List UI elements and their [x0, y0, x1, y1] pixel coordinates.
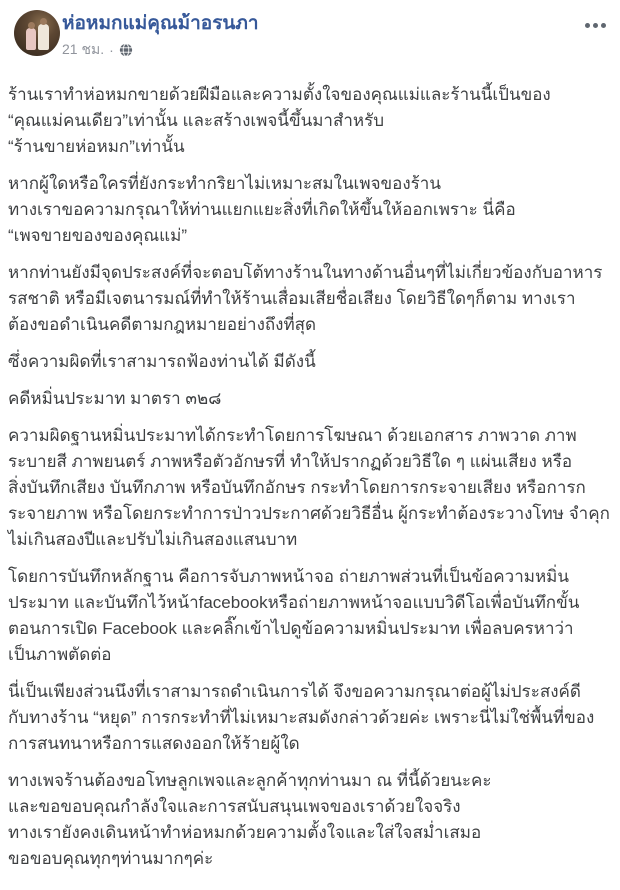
- post-paragraph: นี่เป็นเพียงส่วนนึงที่เราสามารถดำเนินการ…: [8, 679, 610, 757]
- post-text-line: หากท่านยังมีจุดประสงค์ที่จะตอบโต้ทางร้าน…: [8, 260, 610, 286]
- post-text-line: ขอขอบคุณทุกๆท่านมากๆค่ะ: [8, 846, 610, 872]
- post-text-line: สิ่งบันทึกเสียง บันทึกภาพ หรือบันทึกอักษ…: [8, 475, 610, 501]
- post-text-line: ระจายภาพ หรือโดยกระทำการป่าวประกาศด้วยวิ…: [8, 501, 610, 527]
- meta-separator: ·: [109, 42, 114, 58]
- dot-icon: [593, 23, 598, 28]
- post-text-line: นี่เป็นเพียงส่วนนึงที่เราสามารถดำเนินการ…: [8, 679, 610, 705]
- post-text-line: ทางเราขอความกรุณาให้ท่านแยกแยะสิ่งที่เกิ…: [8, 197, 610, 223]
- post-text-line: ความผิดฐานหมิ่นประมาทได้กระทำโดยการโฆษณา…: [8, 423, 610, 449]
- post-text-line: กับทางร้าน “หยุด” การกระทำที่ไม่เหมาะสมด…: [8, 705, 610, 731]
- post-paragraph: ทางเพจร้านต้องขอโทษลูกเพจและลูกค้าทุกท่า…: [8, 768, 610, 872]
- header-text-block: ห่อหมกแม่คุณม้าอรนภา 21 ชม. ·: [62, 10, 608, 61]
- page-avatar[interactable]: [14, 10, 60, 56]
- post-paragraph: หากผู้ใดหรือใครที่ยังกระทำกริยาไม่เหมาะส…: [8, 171, 610, 249]
- post-paragraph: หากท่านยังมีจุดประสงค์ที่จะตอบโต้ทางร้าน…: [8, 260, 610, 338]
- post-text-line: ตอนการเปิด Facebook และคลิ๊กเข้าไปดูข้อค…: [8, 616, 610, 642]
- post-options-button[interactable]: [572, 14, 606, 36]
- post-text-line: ทางเรายังคงเดินหน้าทำห่อหมกด้วยความตั้งใ…: [8, 820, 610, 846]
- post-text-line: ไม่เกินสองปีและปรับไม่เกินสองแสนบาท: [8, 527, 610, 553]
- avatar-figure-right: [38, 24, 49, 50]
- facebook-post: ห่อหมกแม่คุณม้าอรนภา 21 ชม. · ร้านเร: [0, 0, 620, 890]
- post-meta-row[interactable]: 21 ชม. ·: [62, 39, 608, 61]
- post-text-line: เป็นภาพตัดต่อ: [8, 642, 610, 668]
- post-text-line: ร้านเราทำห่อหมกขายด้วยฝีมือและความตั้งใจ…: [8, 82, 610, 108]
- post-text: ร้านเราทำห่อหมกขายด้วยฝีมือและความตั้งใจ…: [0, 72, 620, 872]
- avatar-figure-left: [26, 28, 36, 50]
- post-text-line: ทางเพจร้านต้องขอโทษลูกเพจและลูกค้าทุกท่า…: [8, 768, 610, 794]
- post-paragraph: โดยการบันทึกหลักฐาน คือการจับภาพหน้าจอ ถ…: [8, 564, 610, 668]
- post-text-line: รสชาติ หรือมีเจตนารมณ์ที่ทำให้ร้านเสื่อม…: [8, 286, 610, 312]
- post-text-line: “คุณแม่คนเดียว”เท่านั้น และสร้างเพจนี้ขึ…: [8, 108, 610, 134]
- post-text-line: หากผู้ใดหรือใครที่ยังกระทำกริยาไม่เหมาะส…: [8, 171, 610, 197]
- post-paragraph: ความผิดฐานหมิ่นประมาทได้กระทำโดยการโฆษณา…: [8, 423, 610, 553]
- post-text-line: ระบายสี ภาพยนตร์ ภาพหรือตัวอักษรที่ ทำให…: [8, 449, 610, 475]
- post-paragraph: ร้านเราทำห่อหมกขายด้วยฝีมือและความตั้งใจ…: [8, 82, 610, 160]
- dot-icon: [585, 23, 590, 28]
- post-text-line: คดีหมิ่นประมาท มาตรา ๓๒๘: [8, 386, 610, 412]
- post-header: ห่อหมกแม่คุณม้าอรนภา 21 ชม. ·: [0, 0, 620, 72]
- page-name-link[interactable]: ห่อหมกแม่คุณม้าอรนภา: [62, 12, 259, 36]
- post-paragraph: คดีหมิ่นประมาท มาตรา ๓๒๘: [8, 386, 610, 412]
- post-text-line: โดยการบันทึกหลักฐาน คือการจับภาพหน้าจอ ถ…: [8, 564, 610, 590]
- post-text-line: “ร้านขายห่อหมก”เท่านั้น: [8, 134, 610, 160]
- globe-privacy-icon: [119, 43, 133, 57]
- post-timestamp[interactable]: 21 ชม.: [62, 39, 104, 61]
- post-text-line: และขอขอบคุณกำลังใจและการสนับสนุนเพจของเร…: [8, 794, 610, 820]
- post-text-line: การสนทนาหรือการแสดงออกให้ร้ายผู้ใด: [8, 731, 610, 757]
- post-text-line: ประมาท และบันทึกไว้หน้าfacebookหรือถ่ายภ…: [8, 590, 610, 616]
- post-text-line: ซึ่งความผิดที่เราสามารถฟ้องท่านได้ มีดัง…: [8, 349, 610, 375]
- post-text-line: “เพจขายของของคุณแม่”: [8, 223, 610, 249]
- dot-icon: [601, 23, 606, 28]
- post-text-line: ต้องขอดำเนินคดีตามกฎหมายอย่างถึงที่สุด: [8, 312, 610, 338]
- post-paragraph: ซึ่งความผิดที่เราสามารถฟ้องท่านได้ มีดัง…: [8, 349, 610, 375]
